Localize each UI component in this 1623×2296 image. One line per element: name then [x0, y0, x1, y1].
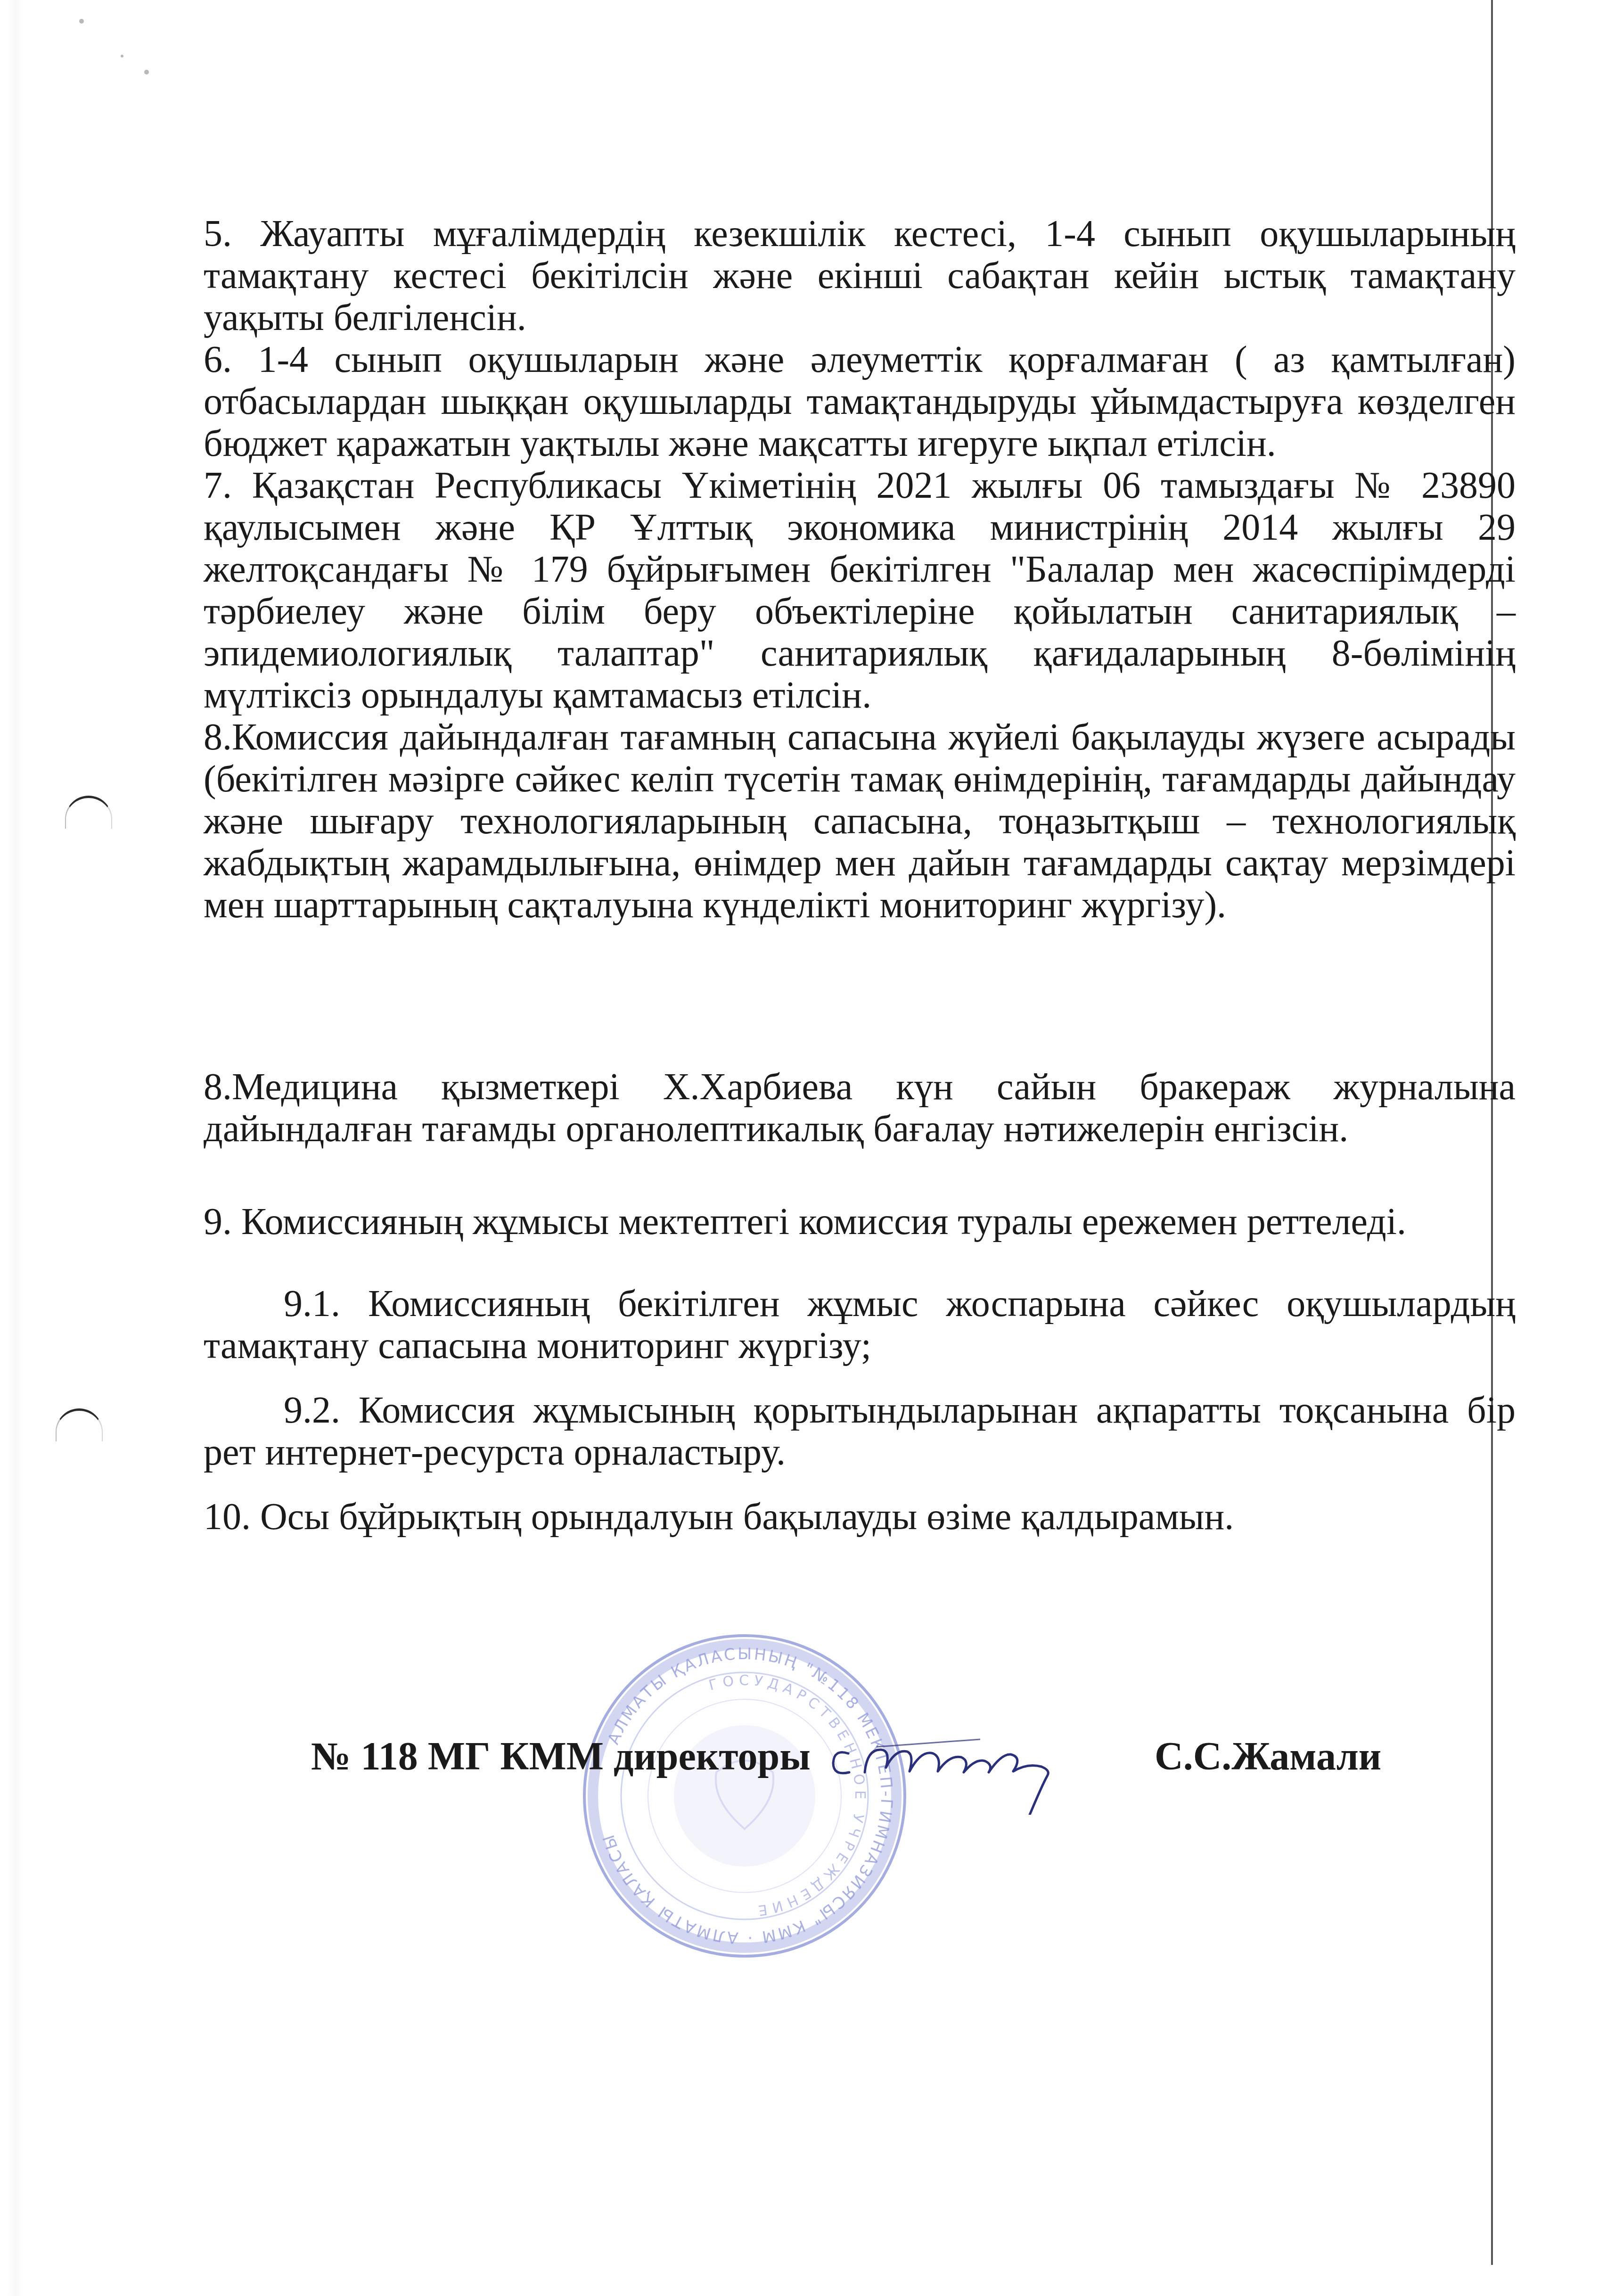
order-clause-10-block: 10. Осы бұйрықтың орындалуын бақылауды ө… — [204, 1496, 1516, 1538]
clause-8-commission: 8.Комиссия дайындалған тағамның сапасына… — [204, 716, 1516, 926]
clause-7: 7. Қазақстан Республикасы Үкіметінің 202… — [204, 465, 1516, 716]
order-clause-9-1-block: 9.1. Комиссияның бекітілген жұмыс жоспар… — [204, 1283, 1516, 1367]
clause-9-2: 9.2. Комиссия жұмысының қорытындыларынан… — [204, 1390, 1516, 1473]
signatory-name: С.С.Жамали — [1155, 1734, 1381, 1779]
order-clause-8-medical-block: 8.Медицина қызметкері Х.Харбиева күн сай… — [204, 1066, 1516, 1150]
clause-8-medical: 8.Медицина қызметкері Х.Харбиева күн сай… — [204, 1066, 1516, 1150]
signatory-title: № 118 МГ КММ директоры — [311, 1734, 811, 1779]
order-clause-9-block: 9. Комиссияның жұмысы мектептегі комисси… — [204, 1201, 1516, 1243]
signature-block: № 118 МГ КММ директоры С.С.Жамали — [311, 1720, 1395, 1786]
punch-hole-mark — [65, 796, 112, 829]
clause-9-1: 9.1. Комиссияның бекітілген жұмыс жоспар… — [204, 1283, 1516, 1367]
scan-speck — [144, 70, 149, 74]
scan-speck — [121, 55, 123, 58]
clause-10: 10. Осы бұйрықтың орындалуын бақылауды ө… — [204, 1496, 1516, 1538]
scan-speck — [79, 19, 84, 24]
order-clauses-block-1: 5. Жауапты мұғалімдердің кезекшілік кест… — [204, 213, 1516, 926]
order-clause-9-2-block: 9.2. Комиссия жұмысының қорытындыларынан… — [204, 1390, 1516, 1473]
document-page: 5. Жауапты мұғалімдердің кезекшілік кест… — [0, 0, 1623, 2296]
clause-5: 5. Жауапты мұғалімдердің кезекшілік кест… — [204, 213, 1516, 339]
scan-edge-shadow — [9, 0, 22, 2296]
punch-hole-mark — [56, 1408, 103, 1441]
clause-9: 9. Комиссияның жұмысы мектептегі комисси… — [204, 1201, 1516, 1243]
clause-6: 6. 1-4 сынып оқушыларын және әлеуметтік … — [204, 339, 1516, 465]
handwritten-signature — [820, 1720, 1103, 1815]
